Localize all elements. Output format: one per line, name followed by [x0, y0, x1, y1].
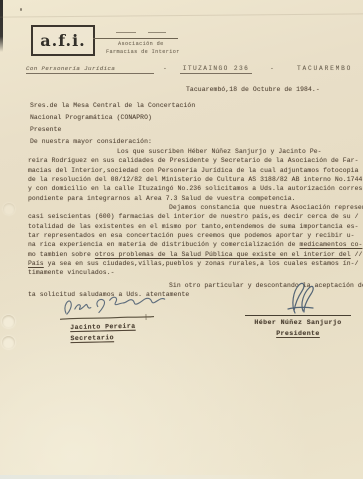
letterhead-dash — [148, 32, 166, 33]
signature-block-president: Héber Núñez Sanjurjo Presidente — [238, 281, 358, 337]
separator-dash: - — [163, 65, 167, 72]
legal-status: Con Personería Jurídica — [26, 65, 154, 74]
body-line: País ya sea en sus ciudades,villas,puebl… — [28, 259, 363, 268]
letterhead-city: TACUAREMBO — [297, 65, 352, 72]
body-text: ya sea en sus ciudades,villas,pueblos y … — [44, 260, 359, 267]
secretary-name: Jacinto Pereira — [70, 322, 188, 331]
underlined-emphasis: medicamentos co- — [300, 241, 363, 248]
body-line: y con domicilio en la calle Ituzaingó No… — [28, 184, 363, 193]
letter-body: Los que suscriben Héber Núñez Sanjurjo y… — [28, 147, 363, 300]
scan-bottom-edge — [0, 475, 363, 479]
separator-dash: - — [270, 65, 274, 72]
salutation: De nuestra mayor consideración: — [30, 138, 152, 145]
body-line: Dejamos constancia que nuestra Asociació… — [28, 203, 363, 212]
punch-hole — [2, 336, 15, 349]
afi-logo-text: a.f.i. — [40, 31, 85, 50]
org-name-line2: Farmacias de Interior — [106, 49, 180, 55]
recipient-line-2: Nacional Programática (CONAPRO) — [30, 114, 152, 121]
body-text: mo tambien sobre — [28, 251, 95, 258]
body-text: na rica experiencia en materia de distri… — [28, 241, 300, 248]
org-name-line1: Asociación de — [118, 41, 164, 47]
body-line: Los que suscriben Héber Núñez Sanjurjo y… — [28, 147, 363, 156]
street-address: ITUZAINGO 236 — [180, 65, 252, 74]
letterhead-dash — [116, 32, 136, 33]
body-line: reira Rodríguez en sus calidades de Pres… — [28, 156, 363, 165]
scanned-letter-page: a.f.i. Asociación de Farmacias de Interi… — [0, 0, 363, 479]
signature-rule — [245, 315, 351, 316]
afi-logo: a.f.i. — [31, 25, 95, 56]
handwritten-signature-president — [275, 281, 321, 315]
body-line: casi seiscientas (600) farmacias del int… — [28, 212, 363, 221]
body-line: tar representados en esa concertación pu… — [28, 231, 363, 240]
body-line: timamente vinculados.- — [28, 268, 363, 277]
letterhead-rule — [93, 38, 178, 39]
recipient-line-3: Presente — [30, 126, 61, 133]
body-line: macias del Interior,sociedad con Persone… — [28, 166, 363, 175]
underlined-emphasis: País — [28, 260, 44, 267]
secretary-title: Secretario — [70, 333, 188, 342]
scan-edge-artifact — [0, 0, 3, 52]
president-name: Héber Núñez Sanjurjo — [238, 319, 358, 326]
body-line: na rica experiencia en materia de distri… — [28, 240, 363, 249]
body-line: totalidad de las existentes en el mismo … — [28, 222, 363, 231]
date-line: Tacuarembó,18 de Octubre de 1984.- — [186, 86, 320, 93]
body-line: pondiente para integrarnos al Area 7.3 S… — [28, 194, 363, 203]
president-title: Presidente — [238, 330, 358, 337]
punch-hole — [3, 203, 15, 215]
body-line: de la resolución del 08/12/82 del Minist… — [28, 175, 363, 184]
body-line: mo tambien sobre otros problemas de la S… — [28, 250, 363, 259]
recipient-line-1: Sres.de la Mesa Central de la Concertaci… — [30, 102, 195, 109]
body-text: // — [351, 251, 363, 258]
underlined-emphasis: otros problemas de la Salud Pública que … — [95, 251, 351, 258]
punch-hole — [2, 315, 15, 328]
signature-block-secretary: Jacinto Pereira Secretario — [58, 291, 189, 343]
paper-fold-line — [0, 13, 363, 17]
paper-speck — [20, 8, 22, 11]
